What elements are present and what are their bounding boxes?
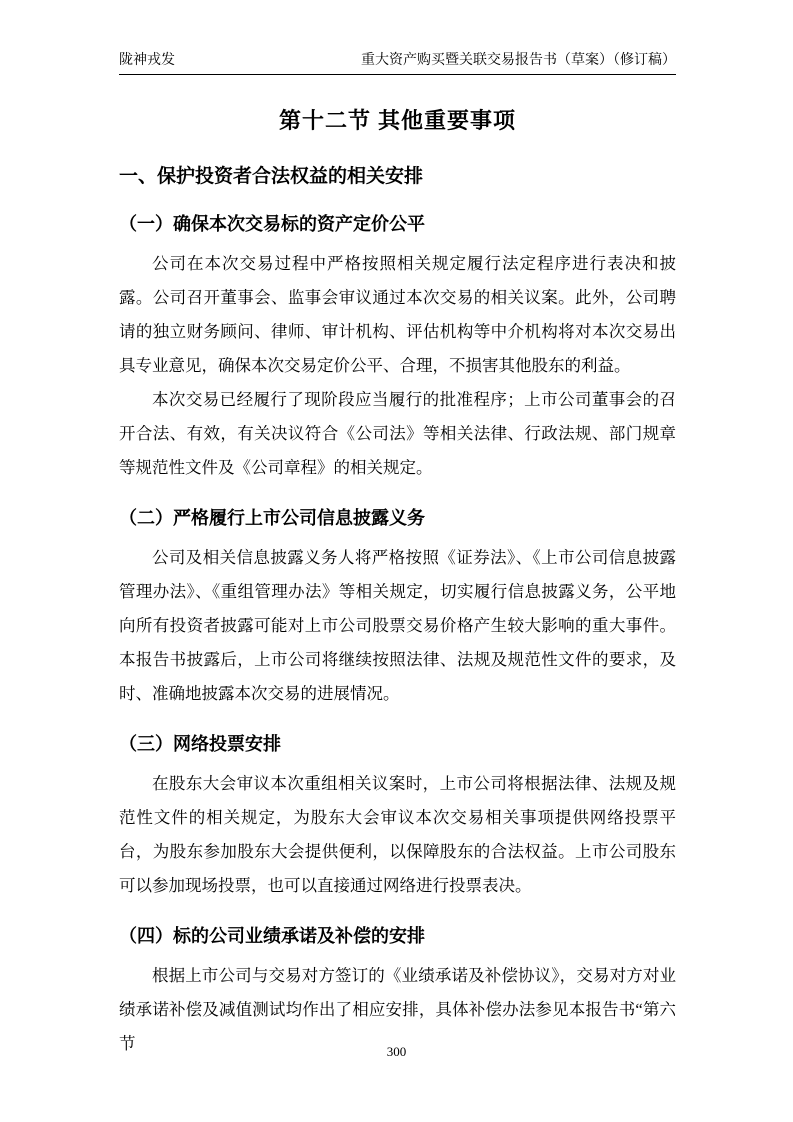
paragraph-information-disclosure: 公司及相关信息披露义务人将严格按照《证券法》、《上市公司信息披露管理办法》、《重…: [119, 541, 676, 711]
page-header: 陇神戎发 重大资产购买暨关联交易报告书（草案）（修订稿）: [119, 50, 676, 75]
paragraph-online-voting: 在股东大会审议本次重组相关议案时，上市公司将根据法律、法规及规范性文件的相关规定…: [119, 767, 676, 903]
subsection-heading-performance-commitment: （四）标的公司业绩承诺及补偿的安排: [119, 923, 676, 949]
document-page: 陇神戎发 重大资产购买暨关联交易报告书（草案）（修订稿） 第十二节 其他重要事项…: [0, 0, 793, 1122]
subsection-heading-online-voting: （三）网络投票安排: [119, 731, 676, 757]
page-number: 300: [0, 1044, 793, 1060]
paragraph-pricing-fairness-1: 公司在本次交易过程中严格按照相关规定履行法定程序进行表决和披露。公司召开董事会、…: [119, 247, 676, 383]
header-company-name: 陇神戎发: [119, 50, 175, 72]
subsection-heading-information-disclosure: （二）严格履行上市公司信息披露义务: [119, 505, 676, 531]
chapter-title: 第十二节 其他重要事项: [119, 105, 676, 137]
paragraph-pricing-fairness-2: 本次交易已经履行了现阶段应当履行的批准程序；上市公司董事会的召开合法、有效，有关…: [119, 383, 676, 485]
header-report-title: 重大资产购买暨关联交易报告书（草案）（修订稿）: [361, 50, 676, 72]
subsection-heading-pricing-fairness: （一）确保本次交易标的资产定价公平: [119, 211, 676, 237]
section-heading-investor-protection: 一、保护投资者合法权益的相关安排: [119, 163, 676, 191]
